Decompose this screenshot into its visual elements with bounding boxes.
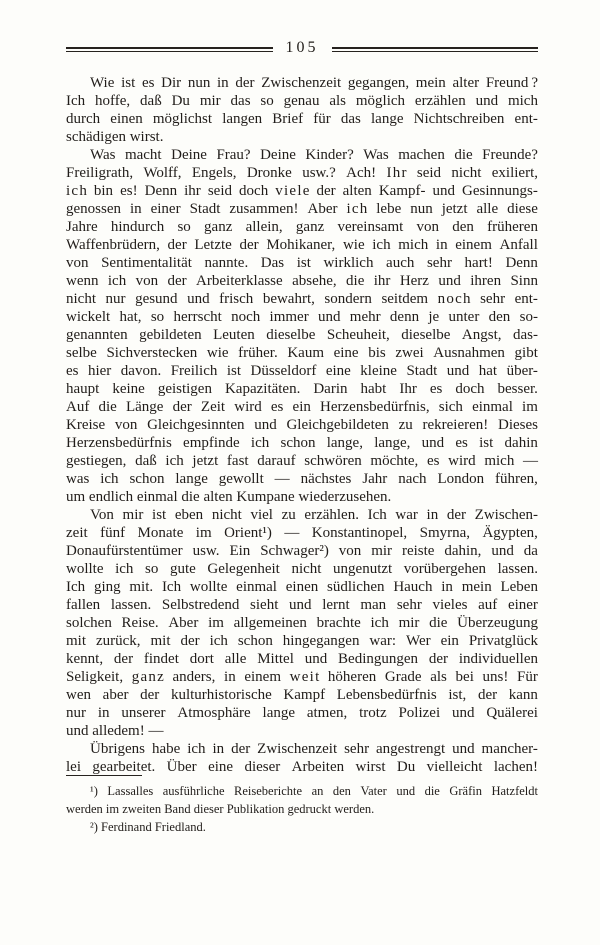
text-line: Donaufürstentümerusw.EinSchwager²)vonmir… [66, 542, 538, 560]
header-rule-left [66, 47, 273, 52]
text-line: KreisevonGleichgesinntenundGleichgebilde… [66, 416, 538, 434]
book-page: 105 WieistesDirnuninderZwischenzeitgegan… [0, 0, 600, 945]
text-line: werden im zweiten Band dieser Publikatio… [66, 800, 538, 818]
text-line: wollteichsoguteGelegenheitnichtungenutzt… [66, 560, 538, 578]
text-line: schädigen wirst. [66, 128, 538, 146]
footnotes: ¹)LassallesausführlicheReiseberichteande… [66, 775, 538, 836]
text-line: i c hbines!Dennihrseiddochv i e l ederal… [66, 182, 538, 200]
text-line: durcheinenmöglichstlangenBrieffürdaslang… [66, 110, 538, 128]
paragraph: ÜbrigenshabeichinderZwischenzeitsehrange… [66, 740, 538, 776]
text-line: AufdieLängederZeitwirdeseinHerzensbedürf… [66, 398, 538, 416]
text-line: gestiegen,daßichjetztfastdaraufschwörenm… [66, 452, 538, 470]
text-line: WieistesDirnuninderZwischenzeitgegangen,… [66, 74, 538, 92]
text-line: Ichhoffe,daßDumirdassogenaualsmöglicherz… [66, 92, 538, 110]
text-line: genossenineinerStadtzusammen!Aberi c hle… [66, 200, 538, 218]
text-line: selbeSichversteckenwiefrüher.Kaumeinebis… [66, 344, 538, 362]
text-line: wenaberderkulturhistorischeKampfLebensbe… [66, 686, 538, 704]
text-line: vonSentimentalitätnannte.Dasistwirklicha… [66, 254, 538, 272]
letter-text: WieistesDirnuninderZwischenzeitgegangen,… [66, 74, 538, 776]
text-line: wickelthat,soherrschtnochimmerundmehrden… [66, 308, 538, 326]
text-line: nurinunsererAtmosphärelangeatmen,trotzPo… [66, 704, 538, 722]
text-line: leigearbeitet.ÜbereinedieserArbeitenwirs… [66, 758, 538, 776]
header-rule-right [332, 47, 539, 52]
text-line: Waffenbrüdern,derLetztederMohikaner,wiei… [66, 236, 538, 254]
text-line: mitzurück,mitderichschonhingegangenwar:W… [66, 632, 538, 650]
footnote-lines: ¹)LassallesausführlicheReiseberichteande… [66, 782, 538, 836]
text-line: Jahrehindurchsoganzallein,ganzvereinsamt… [66, 218, 538, 236]
text-line: Herzensbedürfnisempfindeichschonlange,la… [66, 434, 538, 452]
text-line: fallenlassen.Selbstredendsiehtundlerntma… [66, 596, 538, 614]
text-line: WasmachtDeineFrau?DeineKinder?Wasmachend… [66, 146, 538, 164]
page-header: 105 [66, 41, 538, 57]
text-line: genanntengebildetenLeutendieselbeScheuhe… [66, 326, 538, 344]
text-line: Seligkeit,g a n zanders,ineinemw e i thö… [66, 668, 538, 686]
text-line: wennichvonderArbeiterklasseabsehe,dieihr… [66, 272, 538, 290]
text-line: um endlich einmal die alten Kumpane wied… [66, 488, 538, 506]
text-line: ÜbrigenshabeichinderZwischenzeitsehrange… [66, 740, 538, 758]
paragraph: Vonmiristebennichtvielzuerzählen.Ichwari… [66, 506, 538, 740]
text-line: Freiligrath,Wolff,Engels,Dronkeusw.?Ach!… [66, 164, 538, 182]
text-line: ¹)LassallesausführlicheReiseberichteande… [66, 782, 538, 800]
text-line: wasichschonlangegewollt—nächstesJahrnach… [66, 470, 538, 488]
text-line: und alledem! — [66, 722, 538, 740]
page-number: 105 [286, 40, 319, 56]
text-line: ²) Ferdinand Friedland. [66, 818, 538, 836]
text-line: kennt,derfindetdortalleMittelundBedingun… [66, 650, 538, 668]
footnote-separator [66, 775, 142, 776]
paragraph: WieistesDirnuninderZwischenzeitgegangen,… [66, 74, 538, 146]
text-line: nichtnurgesundundfrischbewahrt,sondernse… [66, 290, 538, 308]
text-line: hauptkeinegeistigenKapazitäten.Darinhabt… [66, 380, 538, 398]
text-line: Vonmiristebennichtvielzuerzählen.Ichwari… [66, 506, 538, 524]
text-line: solchenReise.Aberimallgemeinenbrachteich… [66, 614, 538, 632]
text-line: zeitfünfMonateimOrient¹)—Konstantinopel,… [66, 524, 538, 542]
text-line: eshierdavon.FreilichistDüsseldorfeinekle… [66, 362, 538, 380]
paragraph: WasmachtDeineFrau?DeineKinder?Wasmachend… [66, 146, 538, 506]
text-line: Ichgingmit.Ichwollteeinmaleinensüdlichen… [66, 578, 538, 596]
